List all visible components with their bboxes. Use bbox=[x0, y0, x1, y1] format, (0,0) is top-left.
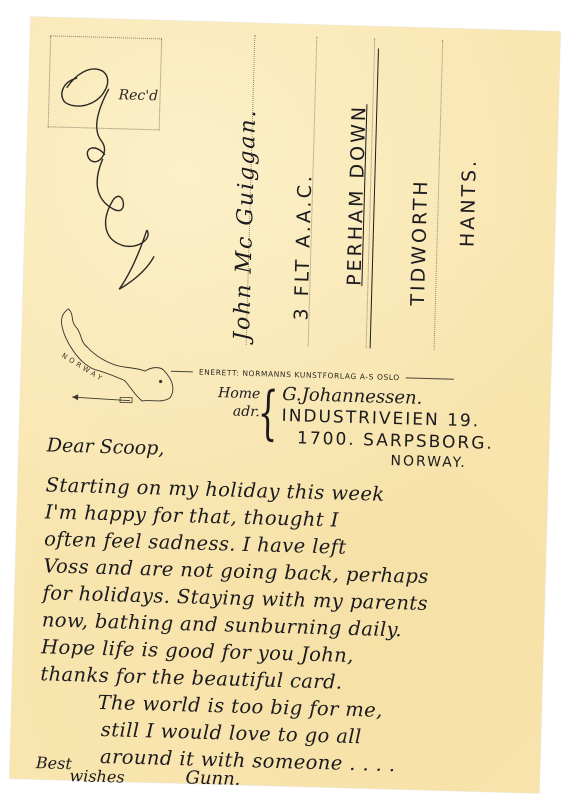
home-address-label: Home adr. bbox=[210, 384, 261, 421]
signoff-wishes: wishes bbox=[69, 766, 125, 787]
scan-background: Rec'd John Mc Guiggan. 3 FLT A.A.C. PERH… bbox=[0, 0, 583, 800]
signoff-best: Best bbox=[36, 753, 72, 773]
signoff-name: Gunn. bbox=[185, 767, 240, 790]
publisher-rule-right bbox=[406, 377, 454, 379]
recipient-line-town: PERHAM DOWN bbox=[343, 104, 370, 287]
svg-text:NORWAY: NORWAY bbox=[60, 352, 105, 384]
address-divider-line bbox=[370, 48, 379, 348]
recipient-line-unit: 3 FLT A.A.C. bbox=[290, 173, 316, 321]
recipient-line-county: HANTS. bbox=[456, 158, 480, 248]
address-guide-line-4 bbox=[434, 40, 444, 350]
recipient-line-city: TIDWORTH bbox=[407, 178, 433, 306]
pen-scribble-icon: Rec'd bbox=[40, 57, 177, 321]
postcard-back: Rec'd John Mc Guiggan. 3 FLT A.A.C. PERH… bbox=[9, 17, 560, 794]
publisher-rule-left bbox=[171, 371, 193, 373]
message-body: Starting on my holiday this week I'm hap… bbox=[38, 473, 546, 784]
publisher-text: ENERETT: NORMANNS KUNSTFORLAG A-S OSLO bbox=[199, 368, 400, 383]
message-greeting: Dear Scoop, bbox=[46, 434, 164, 459]
svg-text:Rec'd: Rec'd bbox=[117, 87, 158, 104]
norway-map-icon: NORWAY bbox=[30, 304, 183, 408]
home-label-line-2: adr. bbox=[210, 402, 260, 421]
publisher-line: ENERETT: NORMANNS KUNSTFORLAG A-S OSLO bbox=[171, 367, 454, 384]
curly-brace: { bbox=[257, 383, 279, 442]
home-address-lines: G.Johannessen. INDUSTRIVEIEN 19. 1700. S… bbox=[280, 384, 495, 472]
recipient-name: John Mc Guiggan. bbox=[230, 108, 261, 341]
home-label-line-1: Home bbox=[210, 384, 260, 403]
